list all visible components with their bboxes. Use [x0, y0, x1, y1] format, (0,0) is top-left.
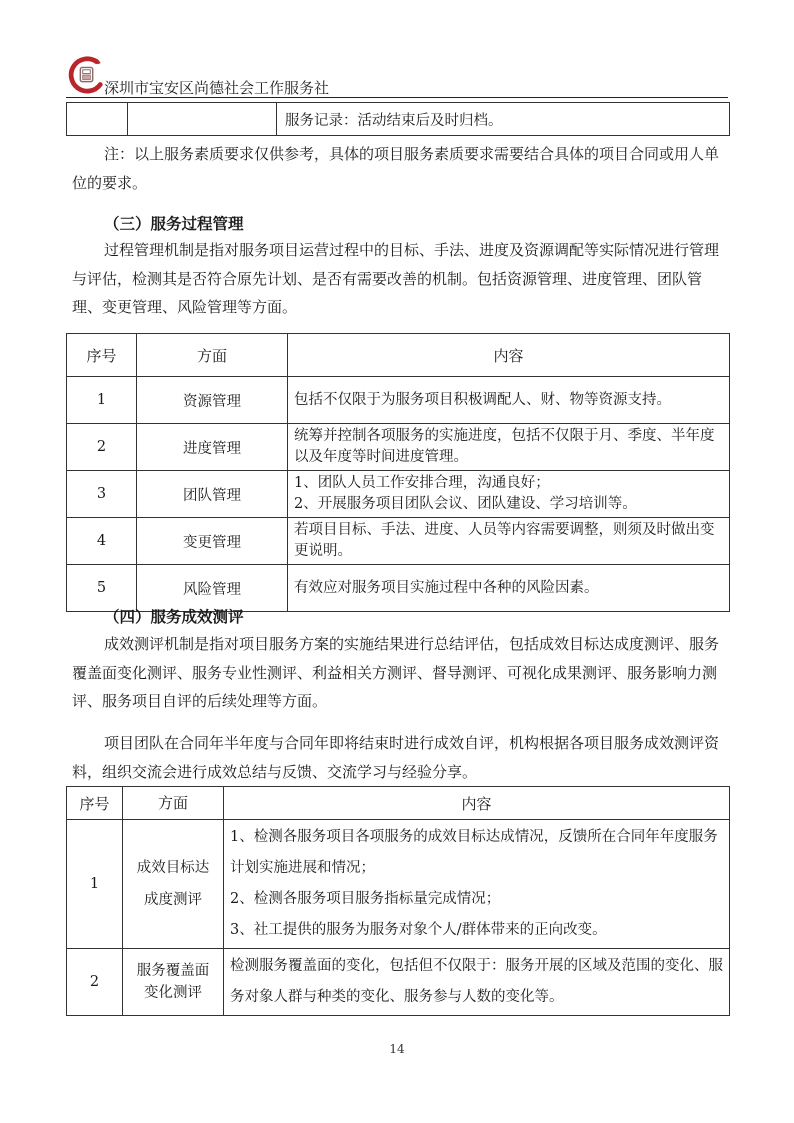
- section3-intro: 过程管理机制是指对服务项目运营过程中的目标、手法、进度及资源调配等实际情况进行管…: [72, 236, 728, 322]
- table-header-row: 序号 方面 内容: [67, 334, 730, 377]
- table-cell: [67, 103, 128, 136]
- table-row: 4 变更管理 若项目目标、手法、进度、人员等内容需要调整，则须及时做出变更说明。: [67, 518, 730, 565]
- row-aspect: 团队管理: [137, 471, 288, 518]
- table-row: 3 团队管理 1、团队人员工作安排合理，沟通良好； 2、开展服务项目团队会议、团…: [67, 471, 730, 518]
- row-content: 检测服务覆盖面的变化，包括但不仅限于：服务开展的区域及范围的变化、服务对象人群与…: [224, 949, 730, 1016]
- table-row: 2 服务覆盖面 变化测评 检测服务覆盖面的变化，包括但不仅限于：服务开展的区域及…: [67, 949, 730, 1016]
- row-content: 统筹并控制各项服务的实施进度，包括不仅限于月、季度、半年度以及年度等时间进度管理…: [288, 424, 730, 471]
- row-content: 1、团队人员工作安排合理，沟通良好； 2、开展服务项目团队会议、团队建设、学习培…: [288, 471, 730, 518]
- row-content: 包括不仅限于为服务项目积极调配人、财、物等资源支持。: [288, 377, 730, 424]
- row-content: 1、检测各服务项目各项服务的成效目标达成情况，反馈所在合同年年度服务计划实施进展…: [224, 820, 730, 949]
- section4-intro1: 成效测评机制是指对项目服务方案的实施结果进行总结评估，包括成效目标达成度测评、服…: [72, 630, 728, 716]
- org-name: 深圳市宝安区尚德社会工作服务社: [104, 77, 329, 98]
- process-management-table: 序号 方面 内容 1 资源管理 包括不仅限于为服务项目积极调配人、财、物等资源支…: [66, 333, 730, 612]
- table-row: 1 成效目标达 成度测评 1、检测各服务项目各项服务的成效目标达成情况，反馈所在…: [67, 820, 730, 949]
- row-content: 若项目目标、手法、进度、人员等内容需要调整，则须及时做出变更说明。: [288, 518, 730, 565]
- continued-table: 服务记录：活动结束后及时归档。: [66, 102, 730, 136]
- row-aspect: 成效目标达 成度测评: [123, 820, 224, 949]
- table-row: 服务记录：活动结束后及时归档。: [67, 103, 730, 136]
- row-aspect: 变更管理: [137, 518, 288, 565]
- row-no: 1: [67, 820, 123, 949]
- row-content: 有效应对服务项目实施过程中各种的风险因素。: [288, 565, 730, 612]
- row-no: 3: [67, 471, 137, 518]
- header-content: 内容: [224, 787, 730, 820]
- header-content: 内容: [288, 334, 730, 377]
- page-header: 深圳市宝安区尚德社会工作服务社: [66, 56, 728, 98]
- section4-heading: （四）服务成效测评: [104, 605, 244, 627]
- note-paragraph: 注：以上服务素质要求仅供参考，具体的项目服务素质要求需要结合具体的项目合同或用人…: [72, 140, 728, 197]
- row-no: 2: [67, 949, 123, 1016]
- header-aspect: 方面: [123, 787, 224, 820]
- header-aspect: 方面: [137, 334, 288, 377]
- outcome-evaluation-table: 序号 方面 内容 1 成效目标达 成度测评 1、检测各服务项目各项服务的成效目标…: [66, 786, 730, 1016]
- header-no: 序号: [67, 334, 137, 377]
- header-no: 序号: [67, 787, 123, 820]
- section3-heading: （三）服务过程管理: [104, 212, 244, 234]
- row-no: 1: [67, 377, 137, 424]
- section4-intro2: 项目团队在合同年半年度与合同年即将结束时进行成效自评，机构根据各项目服务成效测评…: [72, 729, 728, 786]
- shangde-logo-icon: [68, 56, 106, 94]
- row-aspect: 服务覆盖面 变化测评: [123, 949, 224, 1016]
- row-no: 2: [67, 424, 137, 471]
- table-row: 1 资源管理 包括不仅限于为服务项目积极调配人、财、物等资源支持。: [67, 377, 730, 424]
- table-cell: [128, 103, 277, 136]
- table-header-row: 序号 方面 内容: [67, 787, 730, 820]
- table-cell: 服务记录：活动结束后及时归档。: [277, 103, 730, 136]
- table-row: 2 进度管理 统筹并控制各项服务的实施进度，包括不仅限于月、季度、半年度以及年度…: [67, 424, 730, 471]
- page-number: 14: [0, 1042, 794, 1056]
- row-aspect: 进度管理: [137, 424, 288, 471]
- header-divider: [66, 97, 728, 98]
- row-aspect: 资源管理: [137, 377, 288, 424]
- row-no: 4: [67, 518, 137, 565]
